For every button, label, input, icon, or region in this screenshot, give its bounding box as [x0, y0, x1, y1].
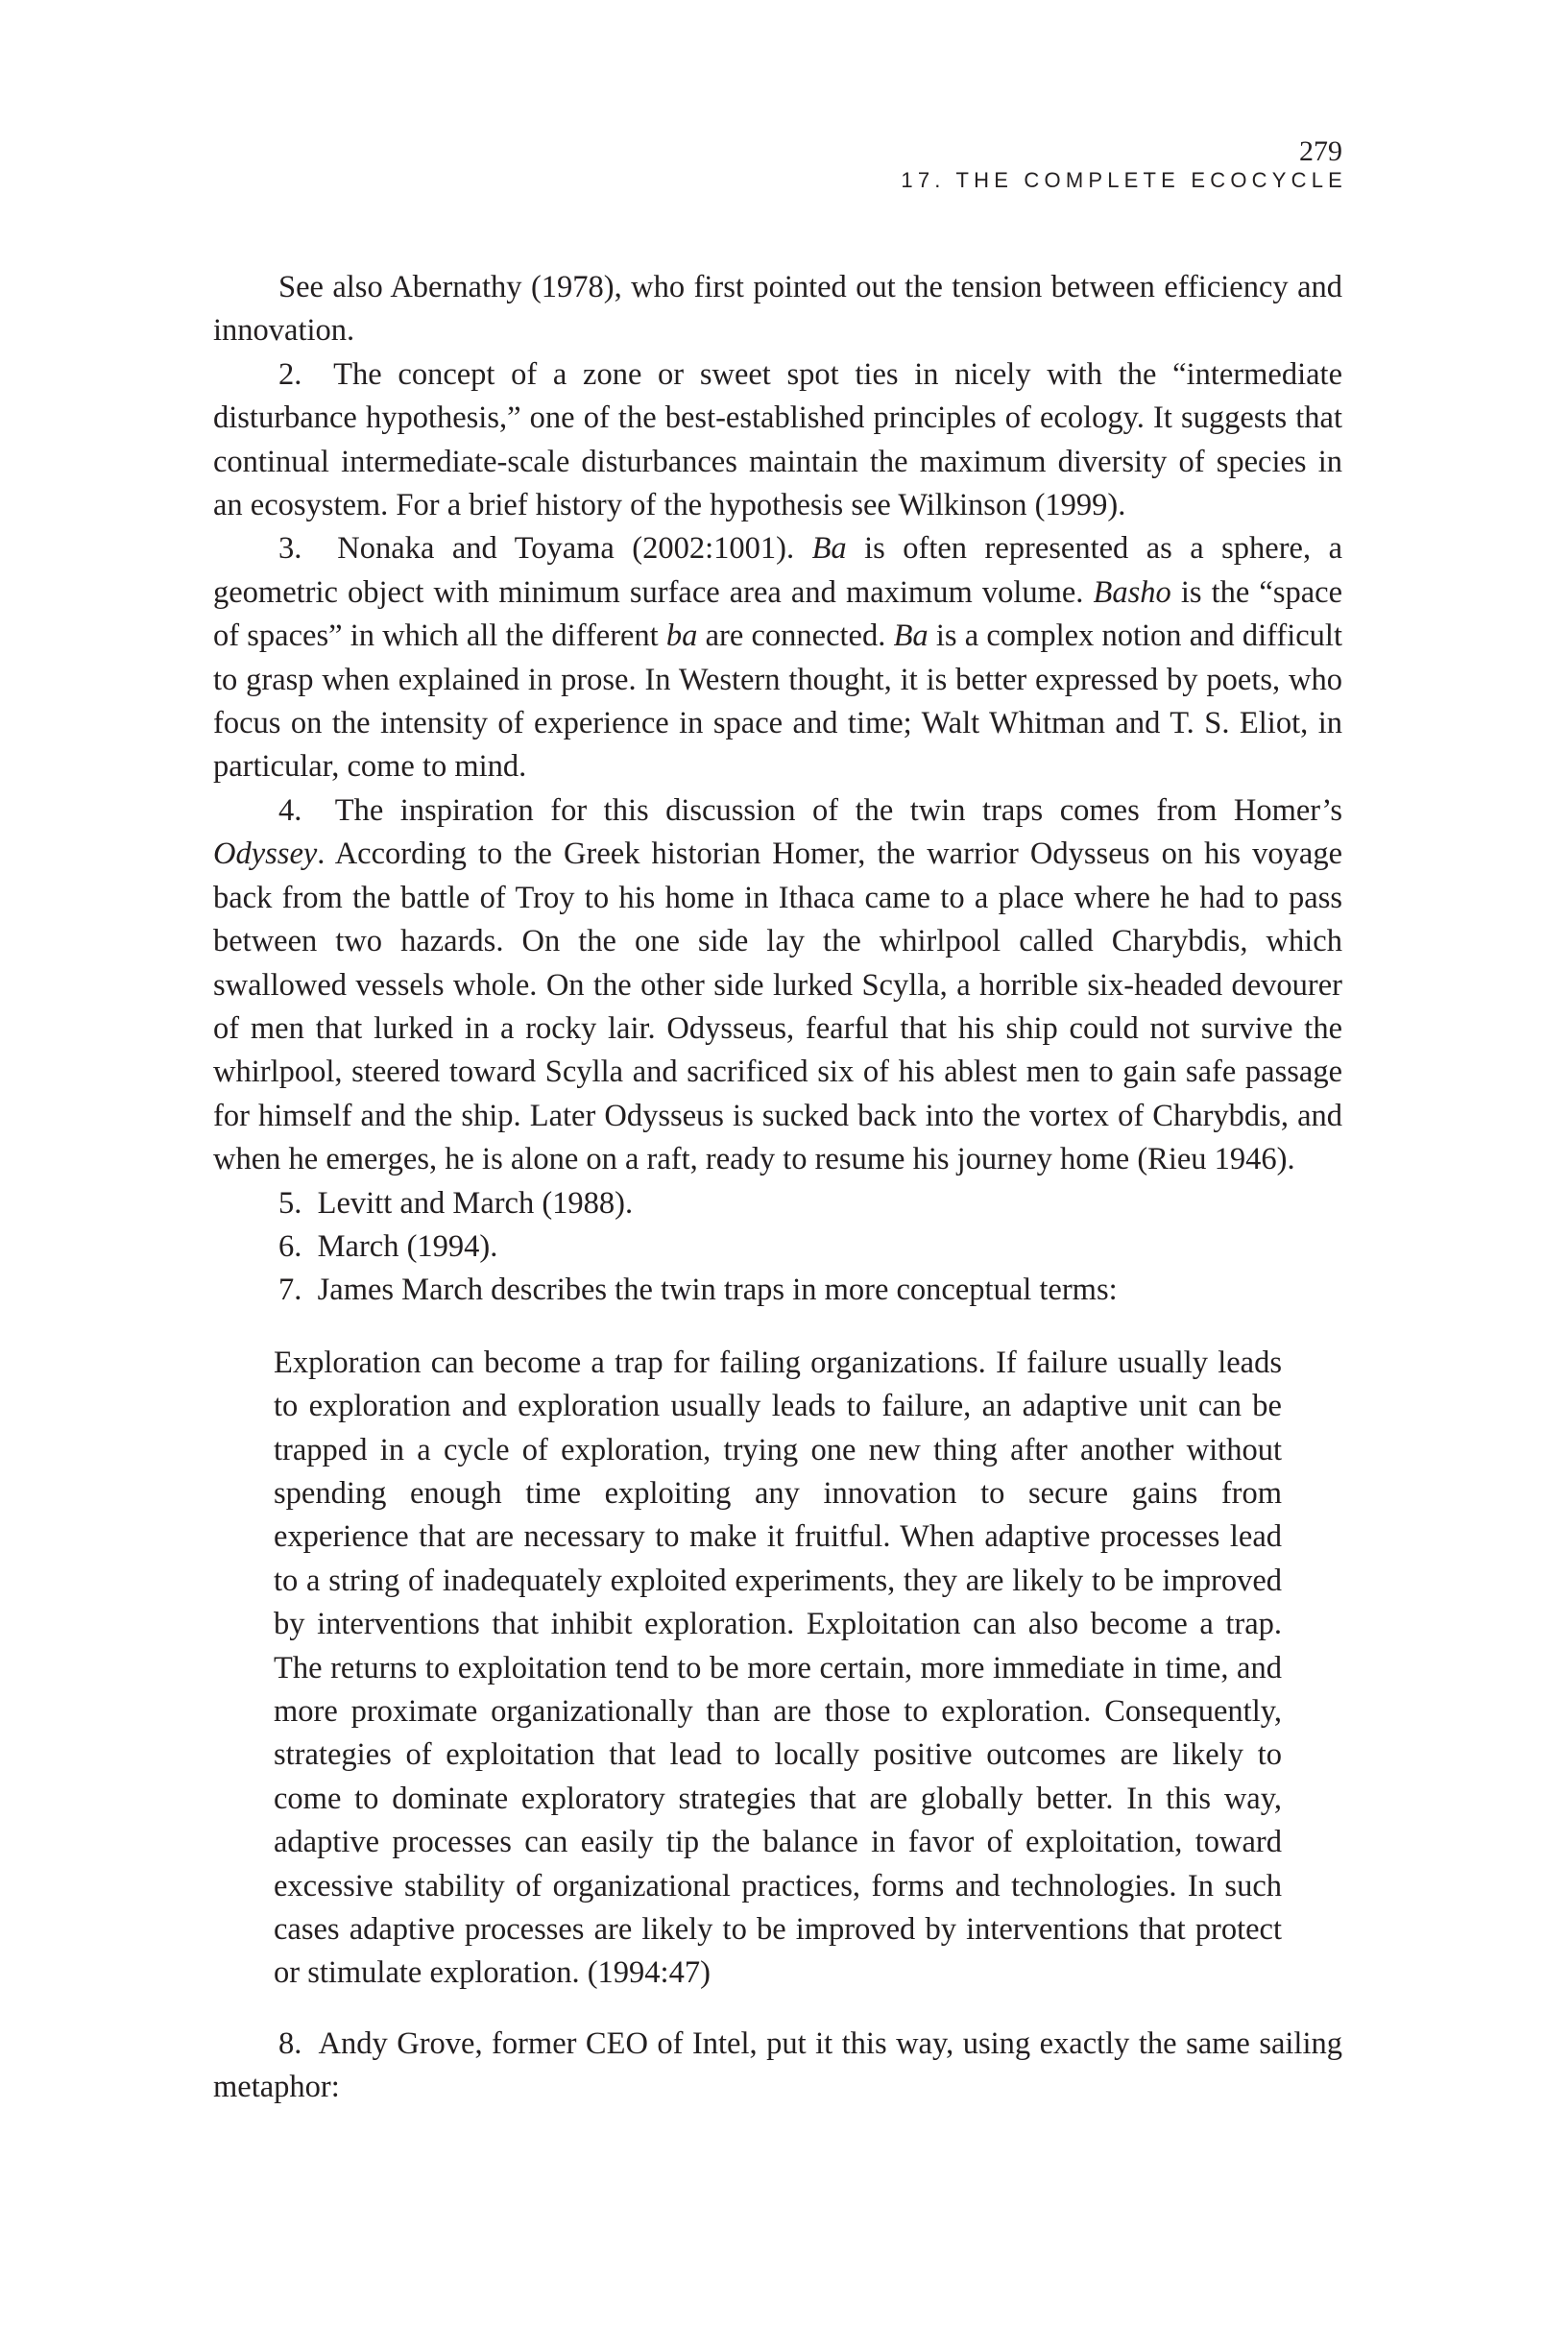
- note-number: 3.: [278, 531, 302, 566]
- note-text: . According to the Greek historian Homer…: [213, 837, 1342, 1176]
- note-4: 4. The inspiration for this discussion o…: [213, 789, 1342, 1182]
- note-number: 6.: [278, 1229, 302, 1264]
- note-6: 6. March (1994).: [213, 1225, 1342, 1269]
- note-number: 5.: [278, 1186, 302, 1221]
- chapter-title: 17. THE COMPLETE ECOCYCLE: [901, 167, 1347, 194]
- note-text: James March describes the twin traps in …: [318, 1273, 1118, 1307]
- page-number: 279: [901, 136, 1342, 167]
- note-number: 8.: [278, 2026, 302, 2061]
- note-text: March (1994).: [318, 1229, 498, 1264]
- note-8: 8. Andy Grove, former CEO of Intel, put …: [213, 2023, 1342, 2110]
- note-2: 2. The concept of a zone or sweet spot t…: [213, 353, 1342, 528]
- italic-term: Ba: [894, 618, 929, 653]
- italic-term: Basho: [1094, 575, 1171, 610]
- note-text: The concept of a zone or sweet spot ties…: [213, 357, 1342, 522]
- italic-term: Ba: [812, 531, 847, 566]
- endnotes-body: See also Abernathy (1978), who first poi…: [213, 266, 1342, 2110]
- running-head: 279 17. THE COMPLETE ECOCYCLE: [901, 136, 1342, 194]
- italic-title: Odyssey: [213, 837, 317, 871]
- note-text: are connected.: [697, 618, 893, 653]
- note-3: 3. Nonaka and Toyama (2002:1001). Ba is …: [213, 527, 1342, 788]
- block-quote: Exploration can become a trap for failin…: [274, 1342, 1282, 1996]
- note-number: 4.: [278, 793, 302, 828]
- note-number: 7.: [278, 1273, 302, 1307]
- note-7: 7. James March describes the twin traps …: [213, 1269, 1342, 1312]
- note-1-continuation: See also Abernathy (1978), who first poi…: [213, 266, 1342, 353]
- note-text: Levitt and March (1988).: [318, 1186, 634, 1221]
- note-number: 2.: [278, 357, 302, 392]
- italic-term: ba: [666, 618, 698, 653]
- note-5: 5. Levitt and March (1988).: [213, 1182, 1342, 1225]
- note-text: The inspiration for this discussion of t…: [335, 793, 1342, 828]
- note-text: See also Abernathy (1978), who first poi…: [213, 270, 1342, 348]
- note-text: Andy Grove, former CEO of Intel, put it …: [213, 2026, 1342, 2104]
- note-text: Nonaka and Toyama (2002:1001).: [337, 531, 811, 566]
